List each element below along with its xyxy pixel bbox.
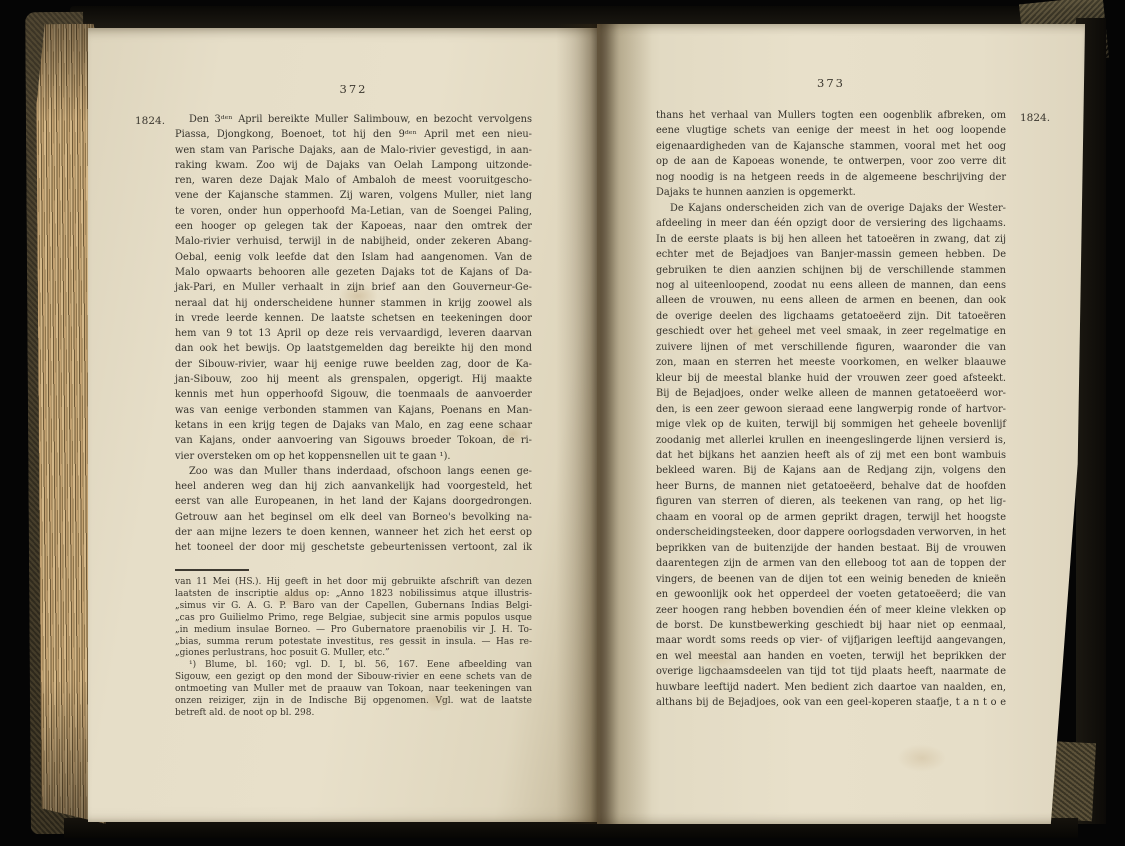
text-line: vene der Kajansche stammen. Zij waren, v… — [175, 188, 532, 203]
text-line: „giones perlustrans, hoc posuit G. Mulle… — [175, 648, 532, 660]
text-line: Malo opwaarts behooren alle gezeten Daja… — [175, 265, 532, 280]
text-line: „in medium insulae Borneo. — Pro Guberna… — [175, 625, 532, 637]
text-line: betreft ald. de noot op bl. 298. — [175, 708, 532, 720]
text-line: Oebal, eenig volk leefde dat den Islam h… — [175, 250, 532, 265]
text-line: van 11 Mei (HS.). Hij geeft in het door … — [175, 577, 532, 589]
text-line: bekleed waren. Bij de Kajans aan de Redj… — [656, 463, 1006, 478]
text-line: Sigouw, een gezigt op den mond der Sibou… — [175, 672, 532, 684]
text-line: daarentegen zijn de armen van den ellebo… — [656, 556, 1006, 571]
text-line: heer Burns, de mannen niet getatoeëerd, … — [656, 479, 1006, 494]
text-line: en gewoonlijk ook het opperdeel der voet… — [656, 587, 1006, 602]
text-line: geschiedt over het geheel met veel smaak… — [656, 324, 1006, 339]
text-line: eene vlugtige schets van eenige der mees… — [656, 123, 1006, 138]
book-photograph: { "book": { "left_page": { "page_number"… — [0, 0, 1125, 846]
text-line: maar wordt soms reeds op vier- of vijfja… — [656, 633, 1006, 648]
text-line: Malo-rivier verhuisd, terwijl in de nabi… — [175, 234, 532, 249]
text-line: „bias, summa rerum potestate investitus,… — [175, 637, 532, 649]
text-line: „simus vir G. A. G. P. Baro van der Cape… — [175, 601, 532, 613]
text-line: en wel meestal aan handen en voeten, ter… — [656, 649, 1006, 664]
left-page: 372 1824. Den 3ᵈᵉⁿ April bereikte Muller… — [88, 28, 597, 822]
text-line: kleur bij de meestal blanke huid der vro… — [656, 371, 1006, 386]
text-line: Dajaks te hunnen aanzien is opgemerkt. — [656, 185, 1006, 200]
text-line: jan-Sibouw, zoo hij meent als grenspalen… — [175, 372, 532, 387]
text-line: heel anderen weg dan hij zich aanvankeli… — [175, 479, 532, 494]
text-line: zon, maan en sterren het meeste voorkome… — [656, 355, 1006, 370]
text-line: laatsten de inscriptie aldus op: „Anno 1… — [175, 589, 532, 601]
text-line: den, is een zeer gewoon sieraad eene lan… — [656, 402, 1006, 417]
text-line: mige vlek op de kuiten, terwijl bij somm… — [656, 417, 1006, 432]
text-line: huwbare leeftijd nadert. Men bedient zic… — [656, 680, 1006, 695]
text-line: gebruiken te dien aanzien schijnen bij d… — [656, 263, 1006, 278]
text-line: zeer hoogen rang hebben bovendien één of… — [656, 603, 1006, 618]
text-line: afdeeling in meer dan één opzigt door de… — [656, 216, 1006, 231]
text-line: dat het bijkans het aanzien heeft als of… — [656, 448, 1006, 463]
text-line: der aan mijne lezers te doen kennen, wan… — [175, 525, 532, 540]
text-line: kennis met hun opperhoofd Sigouw, die to… — [175, 387, 532, 402]
text-line: althans bij de Bejadjoes, ook van een ge… — [656, 695, 1006, 710]
text-line: „cas pro Guilielmo Primo, rege Belgiae, … — [175, 613, 532, 625]
text-line: te voren, onder hun opperhoofd Ma-Letian… — [175, 204, 532, 219]
foxing-stain — [897, 744, 947, 772]
left-page-body-text: Den 3ᵈᵉⁿ April bereikte Muller Salimbouw… — [175, 112, 532, 556]
text-line: nog al uiteenloopend, zoodat nu eens all… — [656, 278, 1006, 293]
text-line: ren, waren deze Dajak Malo of Ambaloh de… — [175, 173, 532, 188]
right-page: 373 1824. thans het verhaal van Mullers … — [597, 24, 1085, 824]
text-line: de overige deelen des ligchaams getatoeë… — [656, 309, 1006, 324]
text-line: neraal dat hij onderscheidene hunner sta… — [175, 296, 532, 311]
text-line: ¹) Blume, bl. 160; vgl. D. I, bl. 56, 16… — [175, 660, 532, 672]
left-page-footnotes: van 11 Mei (HS.). Hij geeft in het door … — [175, 577, 532, 720]
text-line: zuivere lijnen of met verschillende figu… — [656, 340, 1006, 355]
text-line: Den 3ᵈᵉⁿ April bereikte Muller Salimbouw… — [175, 112, 532, 127]
text-line: thans het verhaal van Mullers togten een… — [656, 108, 1006, 123]
margin-year-right: 1824. — [1020, 112, 1050, 124]
text-line: Piassa, Djongkong, Boenoet, tot hij den … — [175, 127, 532, 142]
text-line: eerst van alle Europeanen, in het land d… — [175, 494, 532, 509]
text-line: een hooger op gelegen tak der Kapoeas, n… — [175, 219, 532, 234]
text-line: Bij de Bejadjoes, onder welke alleen de … — [656, 386, 1006, 401]
text-line: vingers, de beenen van de dijen tot een … — [656, 572, 1006, 587]
text-line: alleen de vrouwen, nu eens alleen de arm… — [656, 293, 1006, 308]
text-line: ketans in een krijg tegen de Dajaks van … — [175, 418, 532, 433]
text-line: In de eerste plaats is bij hen alleen he… — [656, 232, 1006, 247]
text-line: De Kajans onderscheiden zich van de over… — [656, 201, 1006, 216]
page-number-left: 372 — [175, 82, 532, 96]
text-line: het tooneel der door mij geschetste gebe… — [175, 540, 532, 555]
text-line: overige ligchaamsdeelen van tijd tot tij… — [656, 664, 1006, 679]
text-line: onderscheidingsteeken, door dappere oorl… — [656, 525, 1006, 540]
margin-year-left: 1824. — [135, 115, 165, 127]
text-line: vier oversteken om op het koppensnellen … — [175, 449, 532, 464]
text-line: in vrede leerde kennen. De laatste schet… — [175, 311, 532, 326]
text-line: echter met de Bejadjoes van Banjer-massi… — [656, 247, 1006, 262]
text-line: Getrouw aan het beginsel om elk deel van… — [175, 510, 532, 525]
text-line: op de aan de Kapoeas wonende, te ontwerp… — [656, 154, 1006, 169]
right-page-body-text: thans het verhaal van Mullers togten een… — [656, 108, 1006, 711]
text-line: beprikken van de buitenzijde der handen … — [656, 541, 1006, 556]
text-line: chaam en vooral op de armen geprikt drag… — [656, 510, 1006, 525]
text-line: zoodanig met allerlei krullen en ineenge… — [656, 433, 1006, 448]
text-line: eigenaardigheden van de Kajansche stamme… — [656, 139, 1006, 154]
text-line: de borst. De kunstbewerking geschiedt bi… — [656, 618, 1006, 633]
text-line: dan ook het bewijs. Op laatstgemelden da… — [175, 341, 532, 356]
text-line: van Kajans, onder aanvoering van Sigouws… — [175, 433, 532, 448]
text-line: Zoo was dan Muller thans inderdaad, ofsc… — [175, 464, 532, 479]
text-line: ontmoeting van Muller met de praauw van … — [175, 684, 532, 696]
text-line: wen stam van Parische Dajaks, aan de Mal… — [175, 143, 532, 158]
text-line: was van eenige verbonden stammen van Kaj… — [175, 403, 532, 418]
text-line: der Sibouw-rivier, waar hij eenige ruwe … — [175, 357, 532, 372]
text-line: hem van 9 tot 13 April op deze reis verv… — [175, 326, 532, 341]
text-line: figuren van sterren of dieren, als teeke… — [656, 494, 1006, 509]
text-line: raking kwam. Zoo wij de Dajaks van Oelah… — [175, 158, 532, 173]
text-line: onzen reiziger, zijn in de Indische Bij … — [175, 696, 532, 708]
footnote-rule — [175, 569, 249, 571]
page-number-right: 373 — [656, 76, 1006, 90]
text-line: nog noodig is na hetgeen reeds in de alg… — [656, 170, 1006, 185]
text-line: jak-Pari, en Muller verhaalt in zijn bri… — [175, 280, 532, 295]
